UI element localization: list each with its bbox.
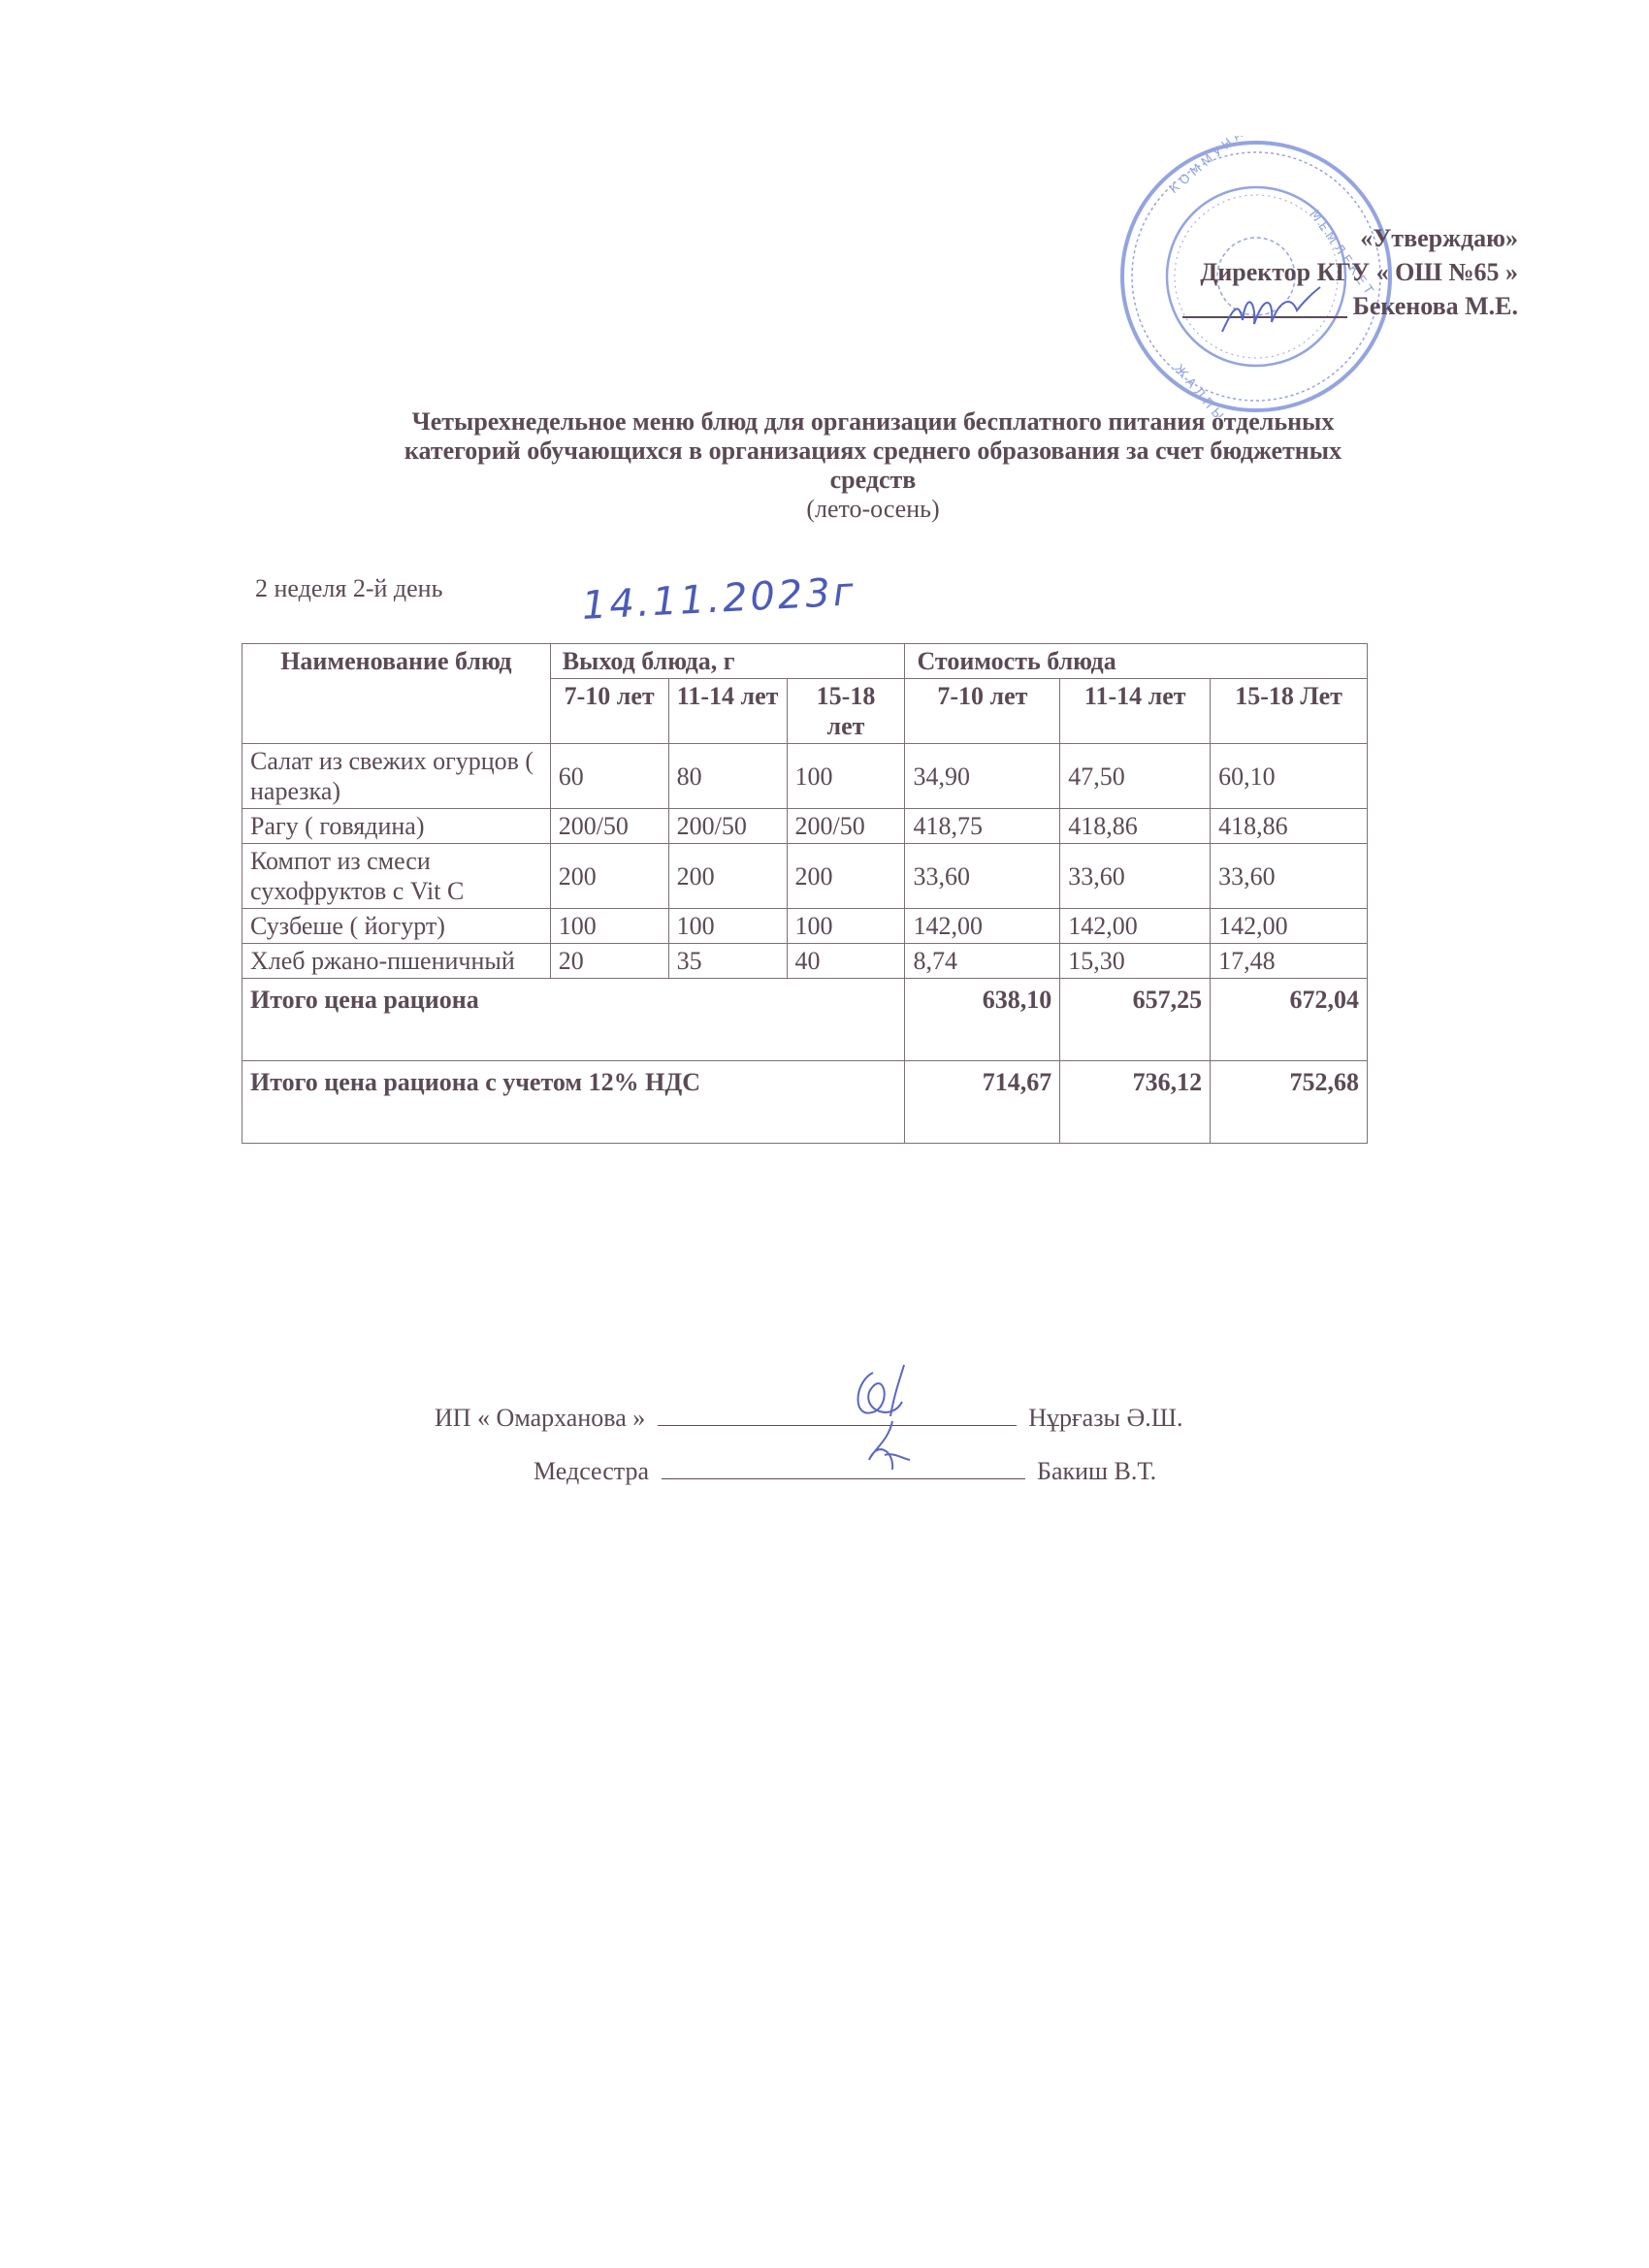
- total-row: Итого цена рациона638,10657,25672,04: [242, 979, 1368, 1061]
- dish-name: Сузбеше ( йогурт): [242, 909, 551, 944]
- total-value: 657,25: [1060, 979, 1211, 1061]
- dish-cost: 33,60: [905, 844, 1060, 909]
- dish-cost: 418,75: [905, 809, 1060, 844]
- dish-yield: 100: [787, 744, 905, 809]
- dish-cost: 15,30: [1060, 944, 1211, 979]
- dish-yield: 200/50: [787, 809, 905, 844]
- menu-table: Наименование блюд Выход блюда, г Стоимос…: [242, 643, 1368, 1144]
- header-dish-name: Наименование блюд: [242, 644, 551, 744]
- header-yield-group: Выход блюда, г: [550, 644, 905, 679]
- header-cost-age: 7-10 лет: [905, 679, 1060, 744]
- dish-cost: 47,50: [1060, 744, 1211, 809]
- day-label: 2 неделя 2-й день: [255, 574, 442, 603]
- header-yield-age: 15-18 лет: [787, 679, 905, 744]
- dish-yield: 100: [550, 909, 668, 944]
- title-line-3: средств: [252, 466, 1494, 495]
- dish-cost: 17,48: [1211, 944, 1368, 979]
- dish-yield: 200/50: [550, 809, 668, 844]
- dish-yield: 40: [787, 944, 905, 979]
- dish-yield: 200: [668, 844, 787, 909]
- dish-yield: 200: [787, 844, 905, 909]
- dish-name: Компот из смеси сухофруктов с Vit C: [242, 844, 551, 909]
- table-row: Рагу ( говядина)200/50200/50200/50418,75…: [242, 809, 1368, 844]
- svg-text:Ж А Л П Ы: Ж А Л П Ы: [1171, 362, 1226, 417]
- dish-yield: 35: [668, 944, 787, 979]
- approval-heading: «Утверждаю»: [1182, 221, 1518, 255]
- total-value: 714,67: [905, 1061, 1060, 1144]
- total-label: Итого цена рациона: [242, 979, 905, 1061]
- total-row: Итого цена рациона с учетом 12% НДС714,6…: [242, 1061, 1368, 1144]
- header-cost-age: 11-14 лет: [1060, 679, 1211, 744]
- total-value: 672,04: [1211, 979, 1368, 1061]
- supplier-name: Нұрғазы Ә.Ш.: [1028, 1404, 1182, 1432]
- nurse-name: Бакиш В.Т.: [1037, 1457, 1156, 1485]
- dish-cost: 60,10: [1211, 744, 1368, 809]
- dish-yield: 60: [550, 744, 668, 809]
- dish-cost: 33,60: [1211, 844, 1368, 909]
- header-cost-group: Стоимость блюда: [905, 644, 1368, 679]
- dish-name: Салат из свежих огурцов ( нарезка): [242, 744, 551, 809]
- dish-yield: 200/50: [668, 809, 787, 844]
- table-row: Компот из смеси сухофруктов с Vit C20020…: [242, 844, 1368, 909]
- nurse-role: Медсестра: [533, 1457, 649, 1485]
- dish-yield: 100: [787, 909, 905, 944]
- title-line-2: категорий обучающихся в организациях сре…: [252, 437, 1494, 466]
- director-signature-icon: [1217, 281, 1324, 340]
- table-row: Салат из свежих огурцов ( нарезка)608010…: [242, 744, 1368, 809]
- dish-cost: 418,86: [1060, 809, 1211, 844]
- dish-yield: 100: [668, 909, 787, 944]
- dish-cost: 142,00: [1060, 909, 1211, 944]
- dish-name: Хлеб ржано-пшеничный: [242, 944, 551, 979]
- dish-yield: 20: [550, 944, 668, 979]
- total-value: 638,10: [905, 979, 1060, 1061]
- total-label: Итого цена рациона с учетом 12% НДС: [242, 1061, 905, 1144]
- dish-cost: 142,00: [905, 909, 1060, 944]
- dish-cost: 8,74: [905, 944, 1060, 979]
- table-row: Хлеб ржано-пшеничный2035408,7415,3017,48: [242, 944, 1368, 979]
- dish-cost: 34,90: [905, 744, 1060, 809]
- document-title: Четырехнедельное меню блюд для организац…: [252, 407, 1494, 524]
- handwritten-date: 14.11.2023г: [581, 569, 857, 629]
- supplier-signature-icon: [834, 1363, 951, 1479]
- total-value: 752,68: [1211, 1061, 1368, 1144]
- dish-cost: 142,00: [1211, 909, 1368, 944]
- header-cost-age: 15-18 Лет: [1211, 679, 1368, 744]
- header-yield-age: 7-10 лет: [550, 679, 668, 744]
- dish-yield: 80: [668, 744, 787, 809]
- header-yield-age: 11-14 лет: [668, 679, 787, 744]
- signature-supplier: ИП « Омарханова » Нұрғазы Ә.Ш.: [435, 1404, 1182, 1433]
- dish-yield: 200: [550, 844, 668, 909]
- title-season: (лето-осень): [252, 495, 1494, 524]
- total-value: 736,12: [1060, 1061, 1211, 1144]
- dish-cost: 418,86: [1211, 809, 1368, 844]
- supplier-role: ИП « Омарханова »: [435, 1404, 645, 1432]
- table-row: Сузбеше ( йогурт)100100100142,00142,0014…: [242, 909, 1368, 944]
- director-name: Бекенова М.Е.: [1353, 292, 1518, 320]
- dish-name: Рагу ( говядина): [242, 809, 551, 844]
- dish-cost: 33,60: [1060, 844, 1211, 909]
